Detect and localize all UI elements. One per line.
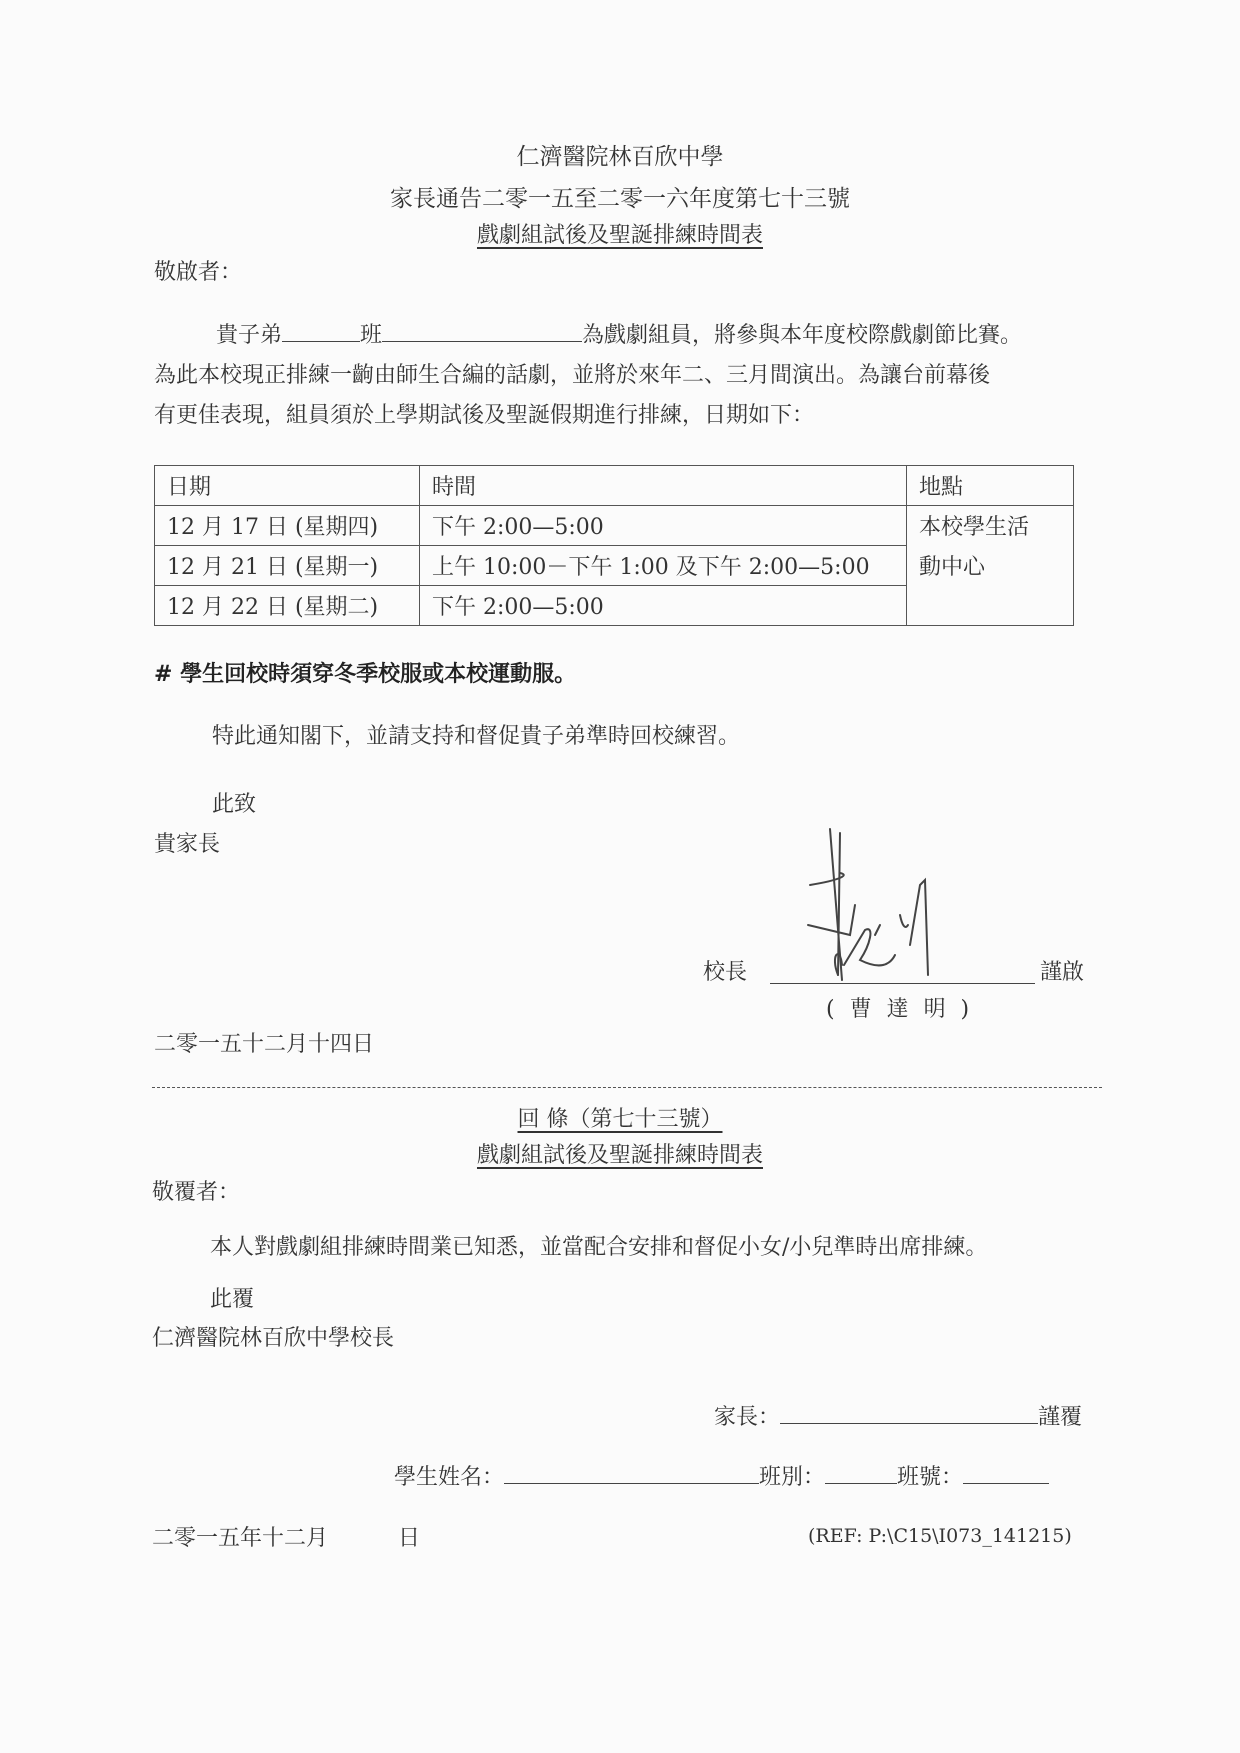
row-date: 12 月 21 日 (星期一) bbox=[155, 546, 420, 586]
row-date: 12 月 17 日 (星期四) bbox=[155, 506, 420, 546]
ci-fu: 此覆 bbox=[210, 1282, 254, 1313]
header-time: 時間 bbox=[420, 466, 907, 506]
notice-subject: 戲劇組試後及聖誕排練時間表 bbox=[0, 218, 1240, 249]
class-field[interactable] bbox=[825, 1461, 897, 1484]
body-line-2: 為此本校現正排練一齣由師生合編的話劇，並將於來年二、三月間演出。為讓台前幕後 bbox=[154, 358, 990, 389]
body-class-label: 班 bbox=[360, 323, 382, 348]
reply-subject: 戲劇組試後及聖誕排練時間表 bbox=[0, 1138, 1240, 1169]
body-prefix: 貴子弟 bbox=[216, 323, 282, 348]
body-line-1: 貴子弟班為戲劇組員，將參與本年度校際戲劇節比賽。 bbox=[216, 318, 1022, 349]
school-name: 仁濟醫院林百欣中學 bbox=[0, 138, 1240, 171]
header-location: 地點 bbox=[907, 466, 1074, 506]
ci-zhi: 此致 bbox=[212, 787, 256, 818]
reply-date-day: 日 bbox=[398, 1526, 420, 1551]
notice-date: 二零一五十二月十四日 bbox=[154, 1027, 374, 1058]
student-name-blank[interactable] bbox=[382, 319, 582, 342]
salutation: 敬啟者： bbox=[154, 255, 242, 286]
uniform-note: # 學生回校時須穿冬季校服或本校運動服。 bbox=[154, 657, 576, 688]
location-line-1: 本校學生活 bbox=[919, 508, 1061, 548]
class-no-field[interactable] bbox=[963, 1461, 1049, 1484]
reply-salutation: 敬覆者： bbox=[152, 1175, 240, 1206]
reply-statement: 本人對戲劇組排練時間業已知悉，並當配合安排和督促小女/小兒準時出席排練。 bbox=[210, 1230, 987, 1261]
body-suffix: 為戲劇組員，將參與本年度校際戲劇節比賽。 bbox=[582, 323, 1022, 348]
reply-date-row: 二零一五年十二月日 bbox=[152, 1521, 420, 1552]
location-cell: 本校學生活 動中心 bbox=[907, 506, 1074, 626]
signature-suffix: 謹啟 bbox=[1040, 955, 1084, 986]
schedule-table: 日期 時間 地點 12 月 17 日 (星期四) 下午 2:00—5:00 本校… bbox=[154, 465, 1074, 626]
reference-code: (REF: P:\C15\I073_141215) bbox=[808, 1525, 1072, 1547]
signature-icon bbox=[780, 825, 980, 985]
table-header-row: 日期 時間 地點 bbox=[155, 466, 1074, 506]
notice-number: 家長通告二零一五至二零一六年度第七十三號 bbox=[0, 180, 1240, 213]
student-name-label: 學生姓名： bbox=[394, 1465, 504, 1490]
row-time: 上午 10:00－下午 1:00 及下午 2:00—5:00 bbox=[420, 546, 907, 586]
class-label: 班別： bbox=[759, 1465, 825, 1490]
student-info-row: 學生姓名：班別：班號： bbox=[394, 1460, 1049, 1491]
parent-label: 家長： bbox=[714, 1405, 780, 1430]
class-blank[interactable] bbox=[282, 319, 360, 342]
table-row: 12 月 17 日 (星期四) 下午 2:00—5:00 本校學生活 動中心 bbox=[155, 506, 1074, 546]
reply-date-prefix: 二零一五年十二月 bbox=[152, 1526, 328, 1551]
class-no-label: 班號： bbox=[897, 1465, 963, 1490]
row-time: 下午 2:00—5:00 bbox=[420, 506, 907, 546]
tear-off-divider bbox=[152, 1087, 1102, 1088]
parent-signature-field[interactable] bbox=[780, 1401, 1038, 1424]
header-date: 日期 bbox=[155, 466, 420, 506]
principal-name: ( 曹 達 明 ) bbox=[826, 992, 973, 1023]
row-time: 下午 2:00—5:00 bbox=[420, 586, 907, 626]
reply-recipient: 仁濟醫院林百欣中學校長 bbox=[152, 1321, 394, 1352]
parent-suffix: 謹覆 bbox=[1038, 1405, 1082, 1430]
principal-title: 校長 bbox=[703, 955, 747, 986]
parent-row: 家長：謹覆 bbox=[714, 1400, 1082, 1431]
signature-line bbox=[770, 983, 1035, 984]
closing-paragraph: 特此通知閣下，並請支持和督促貴子弟準時回校練習。 bbox=[212, 719, 740, 750]
location-line-2: 動中心 bbox=[919, 548, 1061, 588]
student-name-field[interactable] bbox=[504, 1461, 759, 1484]
reply-title: 回 條（第七十三號） bbox=[0, 1102, 1240, 1133]
row-date: 12 月 22 日 (星期二) bbox=[155, 586, 420, 626]
recipient: 貴家長 bbox=[154, 827, 220, 858]
body-line-3: 有更佳表現，組員須於上學期試後及聖誕假期進行排練，日期如下： bbox=[154, 398, 814, 429]
